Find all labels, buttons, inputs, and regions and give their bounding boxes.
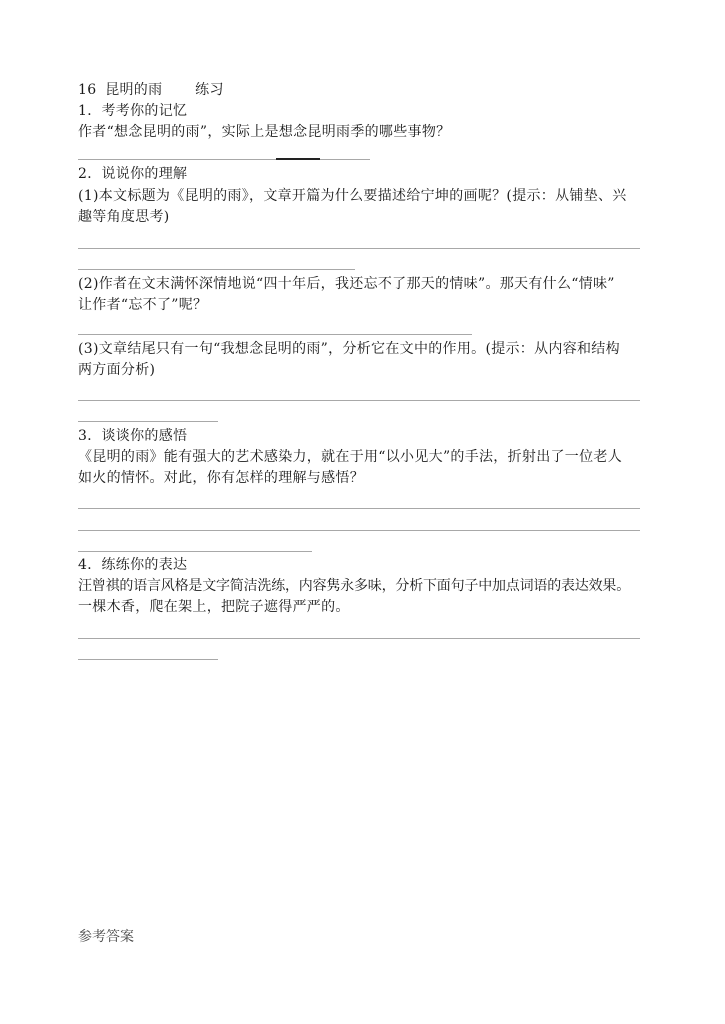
lesson-number: 16	[78, 82, 96, 98]
answer-line[interactable]	[78, 638, 640, 639]
answer-key-heading: 参考答案	[78, 927, 134, 948]
lesson-name: 昆明的雨	[105, 82, 162, 98]
section-4-heading: 4．练练你的表达	[78, 555, 187, 576]
answer-line[interactable]	[78, 248, 640, 249]
answer-line[interactable]	[78, 551, 312, 552]
answer-line[interactable]	[78, 400, 640, 401]
section-3-heading: 3．谈谈你的感悟	[78, 426, 187, 447]
answer-line[interactable]	[78, 269, 355, 270]
answer-line[interactable]	[78, 334, 472, 335]
section-4-line-1: 汪曾祺的语言风格是文字简洁洗练，内容隽永多味，分析下面句子中加点词语的表达效果。	[78, 576, 630, 597]
worksheet-type: 练习	[195, 82, 224, 98]
section-2-heading: 2．说说你的理解	[78, 164, 187, 185]
section-2-q2-line-2: 让作者“忘不了”呢？	[78, 295, 207, 316]
answer-line[interactable]	[78, 659, 218, 660]
section-1-heading: 1．考考你的记忆	[78, 101, 187, 122]
section-2-q1-line-1: (1)本文标题为《昆明的雨》，文章开篇为什么要描述给宁坤的画呢？(提示：从铺垫、…	[78, 186, 627, 207]
section-3-line-2: 如火的情怀。对此，你有怎样的理解与感悟？	[78, 468, 364, 489]
answer-line[interactable]	[78, 421, 218, 422]
section-2-q3-line-2: 两方面分析)	[78, 360, 155, 381]
worksheet-title: 16 昆明的雨 练习	[78, 80, 224, 101]
section-4-sentence: 一棵木香，爬在架上，把院子遮得严严的。	[78, 597, 350, 618]
answer-line[interactable]	[78, 508, 640, 509]
answer-line-mark	[276, 158, 320, 160]
section-2-q1-line-2: 趣等角度思考)	[78, 207, 170, 228]
section-2-q3-line-1: (3)文章结尾只有一句“我想念昆明的雨”，分析它在文中的作用。(提示：从内容和结…	[78, 339, 620, 360]
worksheet-page: 16 昆明的雨 练习 1．考考你的记忆 作者“想念昆明的雨”，实际上是想念昆明雨…	[0, 0, 725, 1024]
section-3-line-1: 《昆明的雨》能有强大的艺术感染力，就在于用“以小见大”的手法，折射出了一位老人	[78, 447, 622, 468]
answer-line[interactable]	[78, 530, 640, 531]
answer-line[interactable]	[78, 159, 370, 160]
section-2-q2-line-1: (2)作者在文末满怀深情地说“四十年后，我还忘不了那天的情味”。那天有什么“情味…	[78, 274, 615, 295]
section-1-question: 作者“想念昆明的雨”，实际上是想念昆明雨季的哪些事物？	[78, 122, 450, 143]
